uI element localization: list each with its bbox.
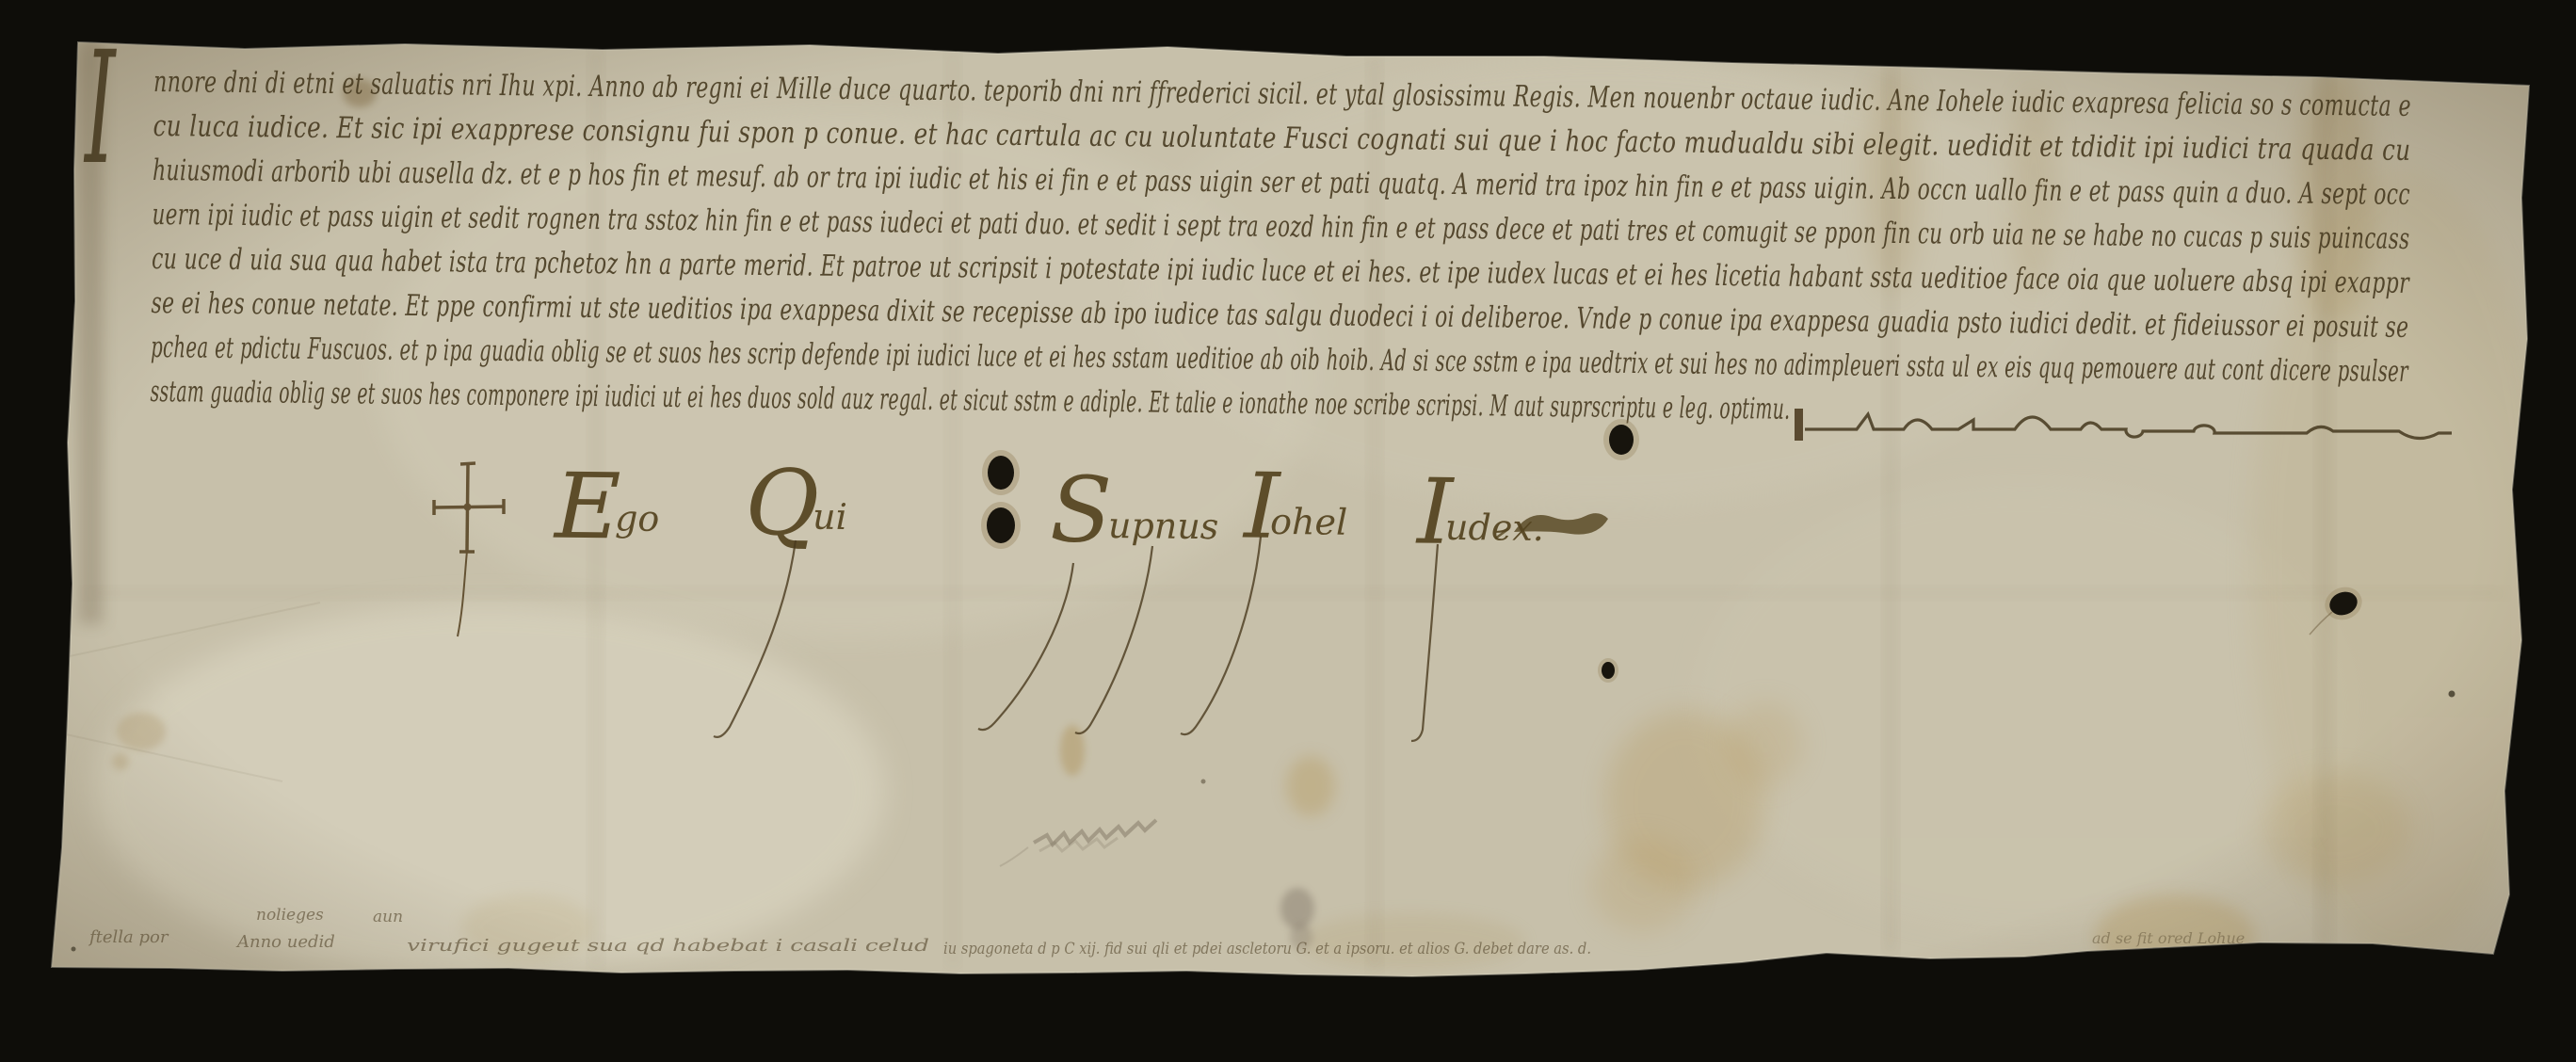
- subscription-supnus-initial: S: [1050, 457, 1113, 563]
- annotation-mid-1: Anno uedid: [235, 932, 335, 952]
- charter-photo: nnore dni di etni et saluatis nri Ihu xp…: [0, 0, 2576, 1062]
- subscription-iohel-rest: ohel: [1270, 501, 1347, 543]
- annotation-left: ftella por: [88, 927, 169, 947]
- subscription-supnus-rest: upnus: [1108, 505, 1219, 547]
- annotation-upper-word-1: nolieges: [256, 906, 324, 925]
- annotation-mid-3: iu spagoneta d p C xij. fid sui qli et p…: [943, 940, 1591, 958]
- charter-scan: nnore dni di etni et saluatis nri Ihu xp…: [0, 0, 2576, 1062]
- subscription-ego-rest: go: [615, 497, 660, 539]
- opening-initial-i: I: [84, 18, 117, 199]
- subscription-qui-initial: Q: [745, 450, 820, 556]
- annotation-mid-2: virufici gugeut sua qd habebat i casali …: [407, 936, 929, 956]
- subscription-ego-initial: E: [553, 454, 621, 560]
- subscription-qui-rest: ui: [813, 496, 847, 538]
- annotation-upper-word-2: aun: [373, 908, 403, 926]
